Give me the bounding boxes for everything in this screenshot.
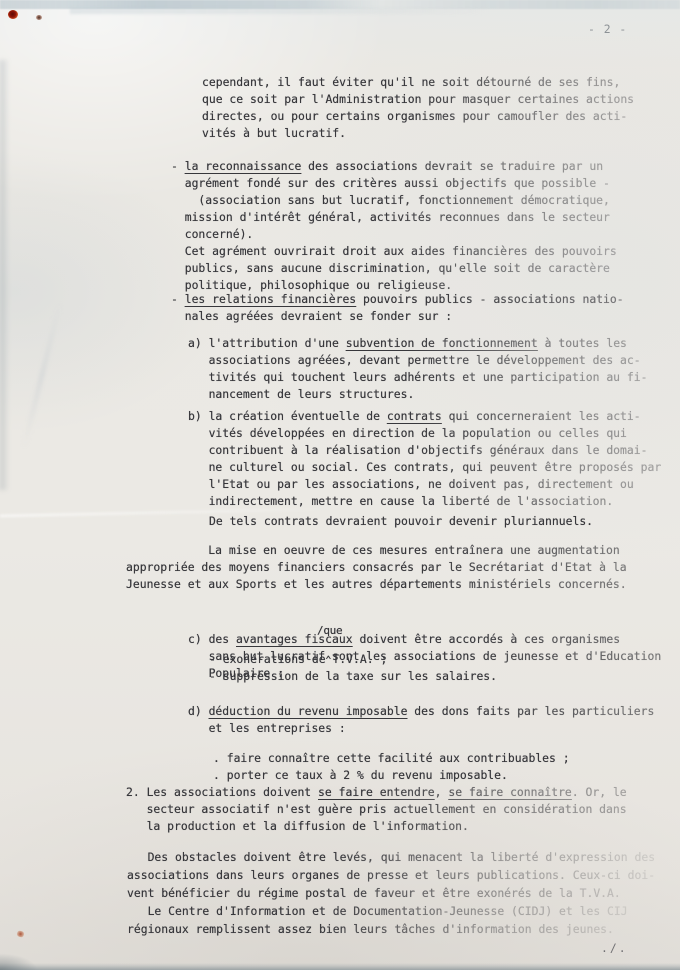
bullet-reconnaissance: - la reconnaissance des associations dev… [171,158,617,294]
typed-insertion-que: /que [317,622,342,639]
para-contrats-pluriannuels: De tels contrats devraient pouvoir deven… [209,513,593,530]
page-number: - 2 - [588,21,627,38]
bullet-relations-financieres: - les relations financières pouvoirs pub… [171,291,624,325]
para-cependant: cependant, il faut éviter qu'il ne soit … [202,74,634,142]
scan-shadow-bottom-left [0,944,60,970]
red-ink-dot [8,10,18,19]
para-2-associations: 2. Les associations doivent se faire ent… [126,784,627,835]
item-d-deduction: d) déduction du revenu imposable des don… [188,703,654,737]
item-b-contrats: b) la création éventuelle de contrats qu… [188,408,661,510]
item-a-subvention: a) l'attribution d'une subvention de fon… [188,335,647,403]
ink-speck [36,15,42,20]
scan-shadow-left [0,60,9,490]
continuation-mark: ./. [601,940,628,957]
list-deduction-actions: . faire connaître cette facilité aux con… [213,750,570,784]
list-exonerations: - exonérations de T.V.A. ; - suppression… [209,651,497,685]
scan-band-bottom [0,963,680,970]
scan-band-top-secondary [70,8,490,14]
para-mise-en-oeuvre: La mise en oeuvre de ces mesures entraîn… [126,542,627,593]
para-obstacles: Des obstacles doivent être levés, qui me… [127,848,655,902]
para-cidj: Le Centre d'Information et de Documentat… [127,902,628,938]
